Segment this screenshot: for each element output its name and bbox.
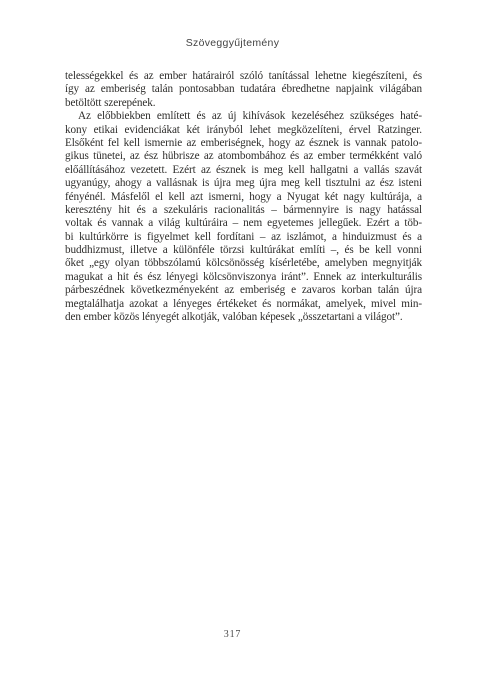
- body-text-block: telességekkel és az ember határairól szó…: [65, 70, 422, 324]
- book-page: Szöveggyűjtemény telességekkel és az emb…: [0, 0, 487, 693]
- body-text-line: párbeszédnek következményeként az emberi…: [65, 284, 422, 297]
- body-text-line: kony etikai evidenciákat két irányból le…: [65, 124, 422, 137]
- body-text-line: őket „egy olyan többszólamú kölcsönösség…: [65, 257, 422, 270]
- body-text-line: voltak és vannak a világ kultúráira – ne…: [65, 217, 422, 230]
- body-text-line: előállításához vezetett. Ezért az észnek…: [65, 164, 422, 177]
- body-text-line: betöltött szerepének.: [65, 97, 422, 110]
- body-text-line: ugyanúgy, ahogy a vallásnak is újra meg …: [65, 177, 422, 190]
- body-text-line: magukat a hit és ész lényegi kölcsönvisz…: [65, 271, 422, 284]
- body-text-line: bi kultúrkörre is figyelmet kell fordíta…: [65, 231, 422, 244]
- body-text-line: den ember közös lényegét alkotják, valób…: [65, 311, 422, 324]
- body-text-line: így az emberiség talán pontosabban tudat…: [65, 83, 422, 96]
- paragraph-main: Az előbbiekben említett és az új kihívás…: [65, 110, 422, 324]
- body-text-line: Elsőként fel kell ismernie az emberiségn…: [65, 137, 422, 150]
- paragraph-continuation: telességekkel és az ember határairól szó…: [65, 70, 422, 110]
- body-text-line: fényénél. Másfelől el kell azt ismerni, …: [65, 191, 422, 204]
- running-header: Szöveggyűjtemény: [54, 37, 411, 49]
- body-text-line: Az előbbiekben említett és az új kihívás…: [65, 110, 422, 123]
- body-text-line: megtalálhatja azokat a lényeges értékeke…: [65, 298, 422, 311]
- body-text-line: keresztény hit és a szekuláris racionali…: [65, 204, 422, 217]
- body-text-line: gikus tünetei, az ész hübrisze az atombo…: [65, 150, 422, 163]
- body-text-line: telességekkel és az ember határairól szó…: [65, 70, 422, 83]
- page-number: 317: [54, 629, 411, 640]
- body-text-line: buddhizmust, illetve a különféle törzsi …: [65, 244, 422, 257]
